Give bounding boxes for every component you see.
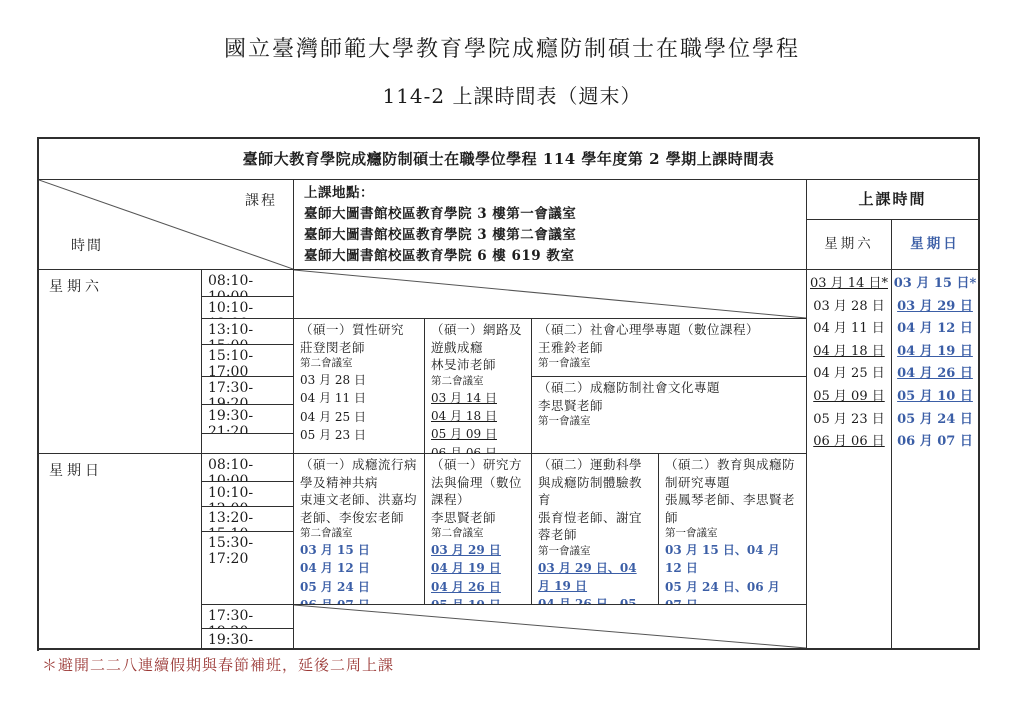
sunday-date: 06 月 07 日 — [892, 431, 978, 454]
saturday-date: 03 月 14 日* — [807, 273, 891, 296]
course-teachers: 王雅鈴老師 — [538, 339, 800, 357]
time-slot: 10:10-12:00 — [202, 297, 294, 319]
sunday-label: 星期日 — [39, 454, 202, 650]
corner-course-label: 課程 — [245, 190, 277, 210]
course-date: 03 月 15 日 — [300, 541, 418, 559]
course-date: 04 月 26 日 — [431, 578, 525, 596]
course-room: 第二會議室 — [431, 374, 525, 389]
saturday-column-header: 星期六 — [807, 220, 892, 270]
course-teachers: 莊登閔老師 — [300, 339, 418, 357]
sunday-dates-column: 03 月 15 日* 03 月 29 日 04 月 12 日 04 月 19 日… — [892, 270, 980, 650]
time-slot: 19:30-21:20 — [202, 405, 294, 434]
location-line: 臺師大圖書館校區教育學院 6 樓 619 教室 — [304, 246, 796, 267]
sunday-date: 04 月 12 日 — [892, 318, 978, 341]
course-date: 05 月 10 日 — [431, 596, 525, 605]
course-title: （碩二）成癮防制社會文化專題 — [538, 379, 800, 397]
saturday-date: 04 月 25 日 — [807, 363, 891, 386]
time-slot: 17:30-19:20 — [202, 605, 294, 629]
course-title: （碩一）成癮流行病學及精神共病 — [300, 456, 418, 491]
course-date: 04 月 11 日 — [300, 389, 418, 407]
course-cell: （碩一）質性研究 莊登閔老師 第二會議室 03 月 28 日 04 月 11 日… — [294, 319, 425, 454]
no-class-cell — [294, 605, 807, 650]
time-slot: 10:10-12:00 — [202, 482, 294, 507]
time-slot: 13:20-15:10 — [202, 507, 294, 532]
course-date: 05 月 23 日 — [300, 426, 418, 444]
time-slot-empty — [202, 434, 294, 454]
page-title: 國立臺灣師範大學教育學院成癮防制碩士在職學位學程 — [0, 32, 1024, 63]
course-date: 04 月 19 日 — [431, 559, 525, 577]
course-teachers: 張育愷老師、謝宜蓉老師 — [538, 509, 652, 544]
course-title: （碩一）研究方法與倫理（數位課程） — [431, 456, 525, 509]
table-title: 臺師大教育學院成癮防制碩士在職學位學程 114 學年度第 2 學期上課時間表 — [39, 139, 980, 180]
location-cell: 上課地點： 臺師大圖書館校區教育學院 3 樓第一會議室 臺師大圖書館校區教育學院… — [294, 180, 807, 270]
course-cell: （碩一）網路及遊戲成癮 林旻沛老師 第二會議室 03 月 14 日 04 月 1… — [425, 319, 532, 454]
no-class-cell — [294, 270, 807, 319]
course-date: 06 月 07 日 — [300, 596, 418, 605]
sunday-column-header: 星期日 — [892, 220, 980, 270]
corner-cell: 課程 時間 — [39, 180, 294, 270]
course-title: （碩二）社會心理學專題（數位課程） — [538, 321, 800, 339]
course-room: 第二會議室 — [431, 526, 525, 541]
course-cell: （碩二）成癮防制社會文化專題 李思賢老師 第一會議室 — [532, 377, 807, 454]
location-line: 臺師大圖書館校區教育學院 3 樓第一會議室 — [304, 204, 796, 225]
course-room: 第一會議室 — [538, 544, 652, 559]
location-label: 上課地點： — [304, 183, 796, 204]
course-date: 05 月 09 日 — [431, 425, 525, 443]
course-date: 03 月 28 日 — [300, 371, 418, 389]
saturday-date: 04 月 11 日 — [807, 318, 891, 341]
time-slot: 08:10-10:00 — [202, 454, 294, 482]
course-teachers: 李思賢老師 — [538, 397, 800, 415]
course-date: 03 月 15 日、04 月 12 日 — [665, 541, 800, 578]
footnote: ＊避開二二八連續假期與春節補班，延後二周上課 — [42, 654, 394, 675]
course-room: 第一會議室 — [665, 526, 800, 541]
page-subtitle: 114-2 上課時間表（週末） — [0, 80, 1024, 109]
sunday-date: 05 月 24 日 — [892, 409, 978, 432]
sunday-date: 03 月 15 日* — [892, 273, 978, 296]
schedule-document: 國立臺灣師範大學教育學院成癮防制碩士在職學位學程 114-2 上課時間表（週末）… — [0, 0, 1024, 724]
course-teachers: 張鳳琴老師、李思賢老師 — [665, 491, 800, 526]
course-room: 第二會議室 — [300, 526, 418, 541]
course-title: （碩一）質性研究 — [300, 321, 418, 339]
course-date: 04 月 26 日、05 月 10 日 — [538, 595, 652, 605]
course-cell: （碩一）成癮流行病學及精神共病 束連文老師、洪嘉均老師、李俊宏老師 第二會議室 … — [294, 454, 425, 605]
saturday-date: 05 月 23 日 — [807, 409, 891, 432]
time-slot: 17:30-19:20 — [202, 377, 294, 405]
saturday-date: 04 月 18 日 — [807, 341, 891, 364]
course-room: 第一會議室 — [538, 414, 800, 429]
course-title: （碩二）教育與成癮防制研究專題 — [665, 456, 800, 491]
location-line: 臺師大圖書館校區教育學院 3 樓第二會議室 — [304, 225, 796, 246]
diagonal-line — [294, 605, 806, 648]
course-teachers: 林旻沛老師 — [431, 356, 525, 374]
diagonal-line — [294, 270, 806, 318]
sunday-date: 04 月 19 日 — [892, 341, 978, 364]
class-time-header: 上課時間 — [807, 180, 980, 220]
time-slot: 08:10-10:00 — [202, 270, 294, 297]
course-cell: （碩二）教育與成癮防制研究專題 張鳳琴老師、李思賢老師 第一會議室 03 月 1… — [659, 454, 807, 605]
course-date: 03 月 29 日、04 月 19 日 — [538, 559, 652, 596]
schedule-table: 臺師大教育學院成癮防制碩士在職學位學程 114 學年度第 2 學期上課時間表 課… — [37, 137, 980, 651]
time-slot: 15:30-17:20 — [202, 532, 294, 605]
course-date: 04 月 18 日 — [431, 407, 525, 425]
course-date: 04 月 25 日 — [300, 408, 418, 426]
sunday-date: 03 月 29 日 — [892, 296, 978, 319]
course-cell: （碩二）社會心理學專題（數位課程） 王雅鈴老師 第一會議室 — [532, 319, 807, 377]
course-title: （碩二）運動科學與成癮防制體驗教育 — [538, 456, 652, 509]
time-slot: 19:30-21:20 — [202, 629, 294, 650]
course-teachers: 李思賢老師 — [431, 509, 525, 527]
course-date: 05 月 24 日 — [300, 578, 418, 596]
saturday-date: 03 月 28 日 — [807, 296, 891, 319]
course-date: 03 月 14 日 — [431, 389, 525, 407]
sunday-date: 05 月 10 日 — [892, 386, 978, 409]
course-cell: （碩一）研究方法與倫理（數位課程） 李思賢老師 第二會議室 03 月 29 日 … — [425, 454, 532, 605]
saturday-date: 06 月 06 日 — [807, 431, 891, 454]
time-slot: 15:10-17:00 — [202, 345, 294, 377]
course-title: （碩一）網路及遊戲成癮 — [431, 321, 525, 356]
sunday-date: 04 月 26 日 — [892, 363, 978, 386]
course-date: 05 月 24 日、06 月 07 日 — [665, 578, 800, 605]
saturday-date: 05 月 09 日 — [807, 386, 891, 409]
corner-time-label: 時間 — [71, 235, 103, 255]
course-room: 第一會議室 — [538, 356, 800, 371]
course-date: 03 月 29 日 — [431, 541, 525, 559]
course-date: 06 月 06 日 — [431, 444, 525, 454]
time-slot: 13:10-15:00 — [202, 319, 294, 345]
course-cell: （碩二）運動科學與成癮防制體驗教育 張育愷老師、謝宜蓉老師 第一會議室 03 月… — [532, 454, 659, 605]
saturday-label: 星期六 — [39, 270, 202, 454]
saturday-dates-column: 03 月 14 日* 03 月 28 日 04 月 11 日 04 月 18 日… — [807, 270, 892, 650]
course-room: 第二會議室 — [300, 356, 418, 371]
course-teachers: 束連文老師、洪嘉均老師、李俊宏老師 — [300, 491, 418, 526]
course-date: 04 月 12 日 — [300, 559, 418, 577]
